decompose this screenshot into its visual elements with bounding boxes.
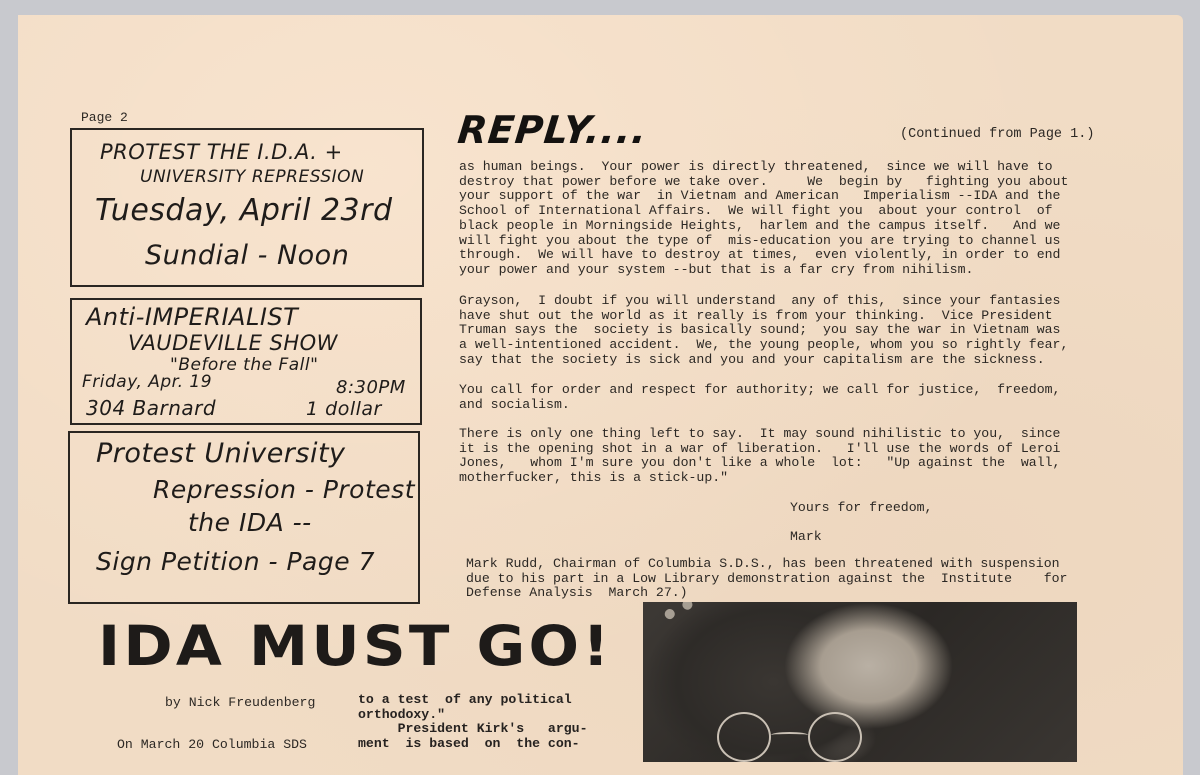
- flyer-3-line-2: Repression - Protest: [153, 475, 415, 504]
- flyer-1-line-1: PROTEST THE I.D.A. +: [100, 140, 343, 164]
- article-left-column: On March 20 Columbia SDS: [117, 738, 307, 753]
- letter-paragraph: You call for order and respect for autho…: [459, 383, 1127, 412]
- continued-note: (Continued from Page 1.): [900, 127, 1094, 142]
- article-headline: IDA MUST GO!: [98, 614, 613, 678]
- letter-paragraph: There is only one thing left to say. It …: [459, 427, 1127, 486]
- flyer-3-line-1: Protest University: [96, 438, 346, 469]
- flyer-2-price: 1 dollar: [306, 398, 382, 420]
- flyer-2-title: Anti-IMPERIALIST: [86, 303, 298, 331]
- reply-heading: REPLY....: [456, 108, 650, 152]
- flyer-3-line-3: the IDA --: [188, 508, 312, 537]
- flyer-2-date: Friday, Apr. 19: [82, 372, 212, 392]
- flyer-2-time: 8:30PM: [336, 377, 406, 398]
- portrait-photo: [643, 602, 1077, 758]
- hat-brim-shape: [663, 602, 832, 647]
- flyer-2-venue: 304 Barnard: [86, 396, 216, 420]
- flyer-2-subtitle: VAUDEVILLE SHOW: [128, 331, 338, 355]
- page-number-label: Page 2: [81, 110, 128, 125]
- letter-paragraph: Grayson, I doubt if you will understand …: [459, 294, 1127, 368]
- letter-signoff: Yours for freedom,: [790, 500, 932, 515]
- glasses-right-lens: [808, 712, 862, 758]
- flyer-3-line-4: Sign Petition - Page 7: [96, 547, 375, 576]
- flyer-1-line-2: UNIVERSITY REPRESSION: [140, 167, 364, 187]
- glasses-left-lens: [717, 712, 771, 758]
- flyer-1-date: Tuesday, April 23rd: [95, 193, 393, 228]
- glasses-bridge: [771, 732, 808, 738]
- article-right-column: to a test of any political orthodoxy." P…: [358, 693, 588, 752]
- editor-note: Mark Rudd, Chairman of Columbia S.D.S., …: [466, 557, 1134, 601]
- article-byline: by Nick Freudenberg: [165, 695, 315, 710]
- flyer-1-location-time: Sundial - Noon: [145, 240, 349, 271]
- letter-signature: Mark: [790, 529, 822, 544]
- letter-paragraph: as human beings. Your power is directly …: [459, 160, 1127, 278]
